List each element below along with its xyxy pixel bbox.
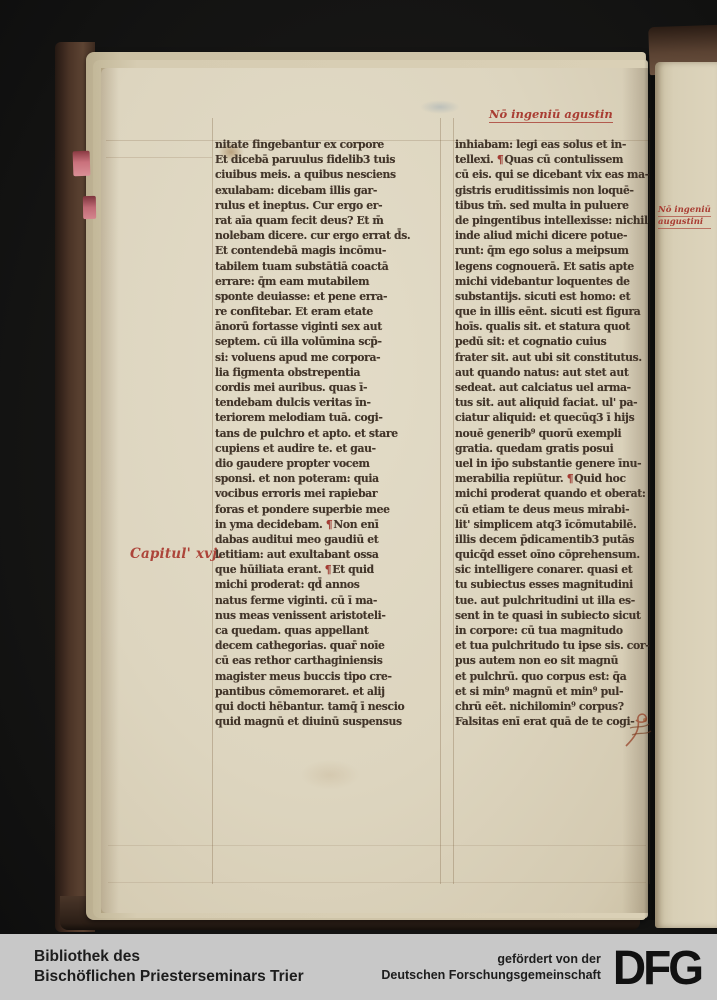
manuscript-text-line: tus sit. aut aliquid faciat. ul' pa- <box>455 395 651 410</box>
manuscript-text-line: lia figmenta obstrepentia <box>215 365 445 380</box>
manuscript-text-line: quid magnū et diuinū suspensus <box>215 714 445 729</box>
manuscript-text-line: cū etiam te deus meus mirabi- <box>455 502 651 517</box>
library-name-line-2: Bischöflichen Priesterseminars Trier <box>34 967 304 987</box>
text-column-right: inhiabam: legi eas solus et in-tellexi. … <box>455 137 651 729</box>
manuscript-text-line: decem cathegorias. quar̄ noīe <box>215 638 445 653</box>
facing-rubric-line-1: Nō ingeniū <box>658 205 711 217</box>
manuscript-text-line: vocibus erroris mei rapiebar <box>215 486 445 501</box>
manuscript-text-line: tu subiectus esses magnitudini <box>455 577 651 592</box>
text-column-left: nitate fingebantur ex corporeEt dicebā p… <box>215 137 445 729</box>
manuscript-text-line: et tua pulchritudo tu ipse sis. cor- <box>455 638 651 653</box>
manuscript-text-line: si: voluens apud me corpora- <box>215 350 445 365</box>
library-banner: Bibliothek des Bischöflichen Priestersem… <box>0 934 717 1000</box>
manuscript-text-line: errare: q̄m eam mutabilem <box>215 274 445 289</box>
facing-page-edge <box>655 62 717 928</box>
manuscript-text-line: nolebam dicere. cur ergo errat d̄s. <box>215 228 445 243</box>
manuscript-text-line: nouē generib⁹ quorū exempli <box>455 426 651 441</box>
manuscript-text-line: frater sit. aut ubi sit constitutus. <box>455 350 651 365</box>
rubric-paragraph-mark: ¶ <box>497 153 505 166</box>
manuscript-text-line: nus meas venissent aristoteli- <box>215 608 445 623</box>
chapter-margin-note: Capitul' xvj. <box>130 546 222 562</box>
funding-credit-line-1: gefördert von der <box>381 951 601 967</box>
ruling-line-vertical-left <box>212 118 213 884</box>
manuscript-text-line: runt: q̄m ego solus a meipsum <box>455 243 651 258</box>
ruling-line-horizontal-bottom-1 <box>108 845 646 846</box>
library-name: Bibliothek des Bischöflichen Priestersem… <box>34 947 304 987</box>
running-header-rubric: Nō ingeniū agustin <box>489 107 613 123</box>
manuscript-text-line: que in illis eēnt. sicuti est figura <box>455 304 651 319</box>
manuscript-text-line: nitate fingebantur ex corpore <box>215 137 445 152</box>
manuscript-text-line: pedū sit: et cognatio cuius <box>455 334 651 349</box>
manuscript-text-line: aut quando natus: aut stet aut <box>455 365 651 380</box>
library-name-line-1: Bibliothek des <box>34 947 304 967</box>
manuscript-text-line: Et contendebā magis incōmu- <box>215 243 445 258</box>
manuscript-text-line: sedeat. aut calciatus uel arma- <box>455 380 651 395</box>
manuscript-text-line: exulabam: dicebam illis gar- <box>215 183 445 198</box>
manuscript-text-line: merabilia repiūtur. ¶Quid hoc <box>455 471 651 486</box>
funding-credit: gefördert von der Deutschen Forschungsge… <box>381 951 601 983</box>
manuscript-text-line: michi videbantur loquentes de <box>455 274 651 289</box>
manuscript-text-line: tans de pulchro et apto. et stare <box>215 426 445 441</box>
manuscript-text-line: tabilem tuam substātiā coactā <box>215 259 445 274</box>
bookmark-tab-upper <box>73 151 91 177</box>
manuscript-text-line: tibus tm̄. sed multa in puluere <box>455 198 651 213</box>
manuscript-text-line: cū eis. qui se dicebant vix eas ma- <box>455 167 651 182</box>
facing-rubric-line-2: augustini <box>658 217 711 229</box>
manuscript-text-line: sponsi. et non poteram: quia <box>215 471 445 486</box>
manuscript-text-line: septem. cū illa volūmina scp̄- <box>215 334 445 349</box>
manuscript-text-line: tue. aut pulchritudini ut illa es- <box>455 593 651 608</box>
manuscript-text-line: hoīs. qualis sit. et statura quot <box>455 319 651 334</box>
manuscript-text-line: tellexi. ¶Quas cū contulissem <box>455 152 651 167</box>
ruling-line-vertical-center-right <box>453 118 454 884</box>
manuscript-text-line: in corpore: cū tua magnitudo <box>455 623 651 638</box>
manuscript-text-line: sic intelligere conarer. quasi et <box>455 562 651 577</box>
rubric-paragraph-mark: ¶ <box>326 518 334 531</box>
manuscript-text-line: cordis mei auribus. quas ī- <box>215 380 445 395</box>
bookmark-tab-lower <box>83 196 96 219</box>
manuscript-scan-page: Nō ingeniū agustin Capitul' xvj. nitate … <box>0 0 717 1000</box>
manuscript-text-line: rulus et ineptus. Cur ergo er- <box>215 198 445 213</box>
rubric-paragraph-mark: ¶ <box>567 472 575 485</box>
manuscript-text-line: foras et pondere superbie mee <box>215 502 445 517</box>
funding-credit-line-2: Deutschen Forschungsgemeinschaft <box>381 967 601 983</box>
ruling-line-horizontal-bottom-2 <box>108 882 646 883</box>
manuscript-text-line: ānorū fortasse viginti sex aut <box>215 319 445 334</box>
manuscript-text-line: letitiam: aut exultabant ossa <box>215 547 445 562</box>
manuscript-text-line: sponte deuiasse: et pene erra- <box>215 289 445 304</box>
foxing-stain <box>300 760 360 790</box>
manuscript-text-line: ca quedam. quas appellant <box>215 623 445 638</box>
manuscript-text-line: inde aliud michi dicere potue- <box>455 228 651 243</box>
manuscript-text-line: de pingentibus intellexisse: nichil <box>455 213 651 228</box>
rubric-paragraph-mark: ¶ <box>325 563 333 576</box>
manuscript-text-line: et si min⁹ magnū et min⁹ pul- <box>455 684 651 699</box>
ruling-line-horizontal-margin <box>106 157 212 158</box>
manuscript-text-line: sent in te quasi in subiecto sicut <box>455 608 651 623</box>
manuscript-text-line: qui docti hēbantur. tamq̄ ī nescio <box>215 699 445 714</box>
manuscript-text-line: michi proderat quando et oberat: <box>455 486 651 501</box>
manuscript-text-line: magister meus buccis tipo cre- <box>215 669 445 684</box>
manuscript-text-line: et pulchrū. quo corpus est: q̄a <box>455 669 651 684</box>
manuscript-text-line: uel in ip̄o substantie genere īnu- <box>455 456 651 471</box>
manuscript-text-line: Et dicebā paruulus fidelib3 tuis <box>215 152 445 167</box>
manuscript-text-line: inhiabam: legi eas solus et in- <box>455 137 651 152</box>
manuscript-text-line: teriorem melodiam tuā. cogi- <box>215 410 445 425</box>
manuscript-text-line: dabas auditui meo gaudiū et <box>215 532 445 547</box>
manuscript-text-line: pantibus cōmemoraret. et alij <box>215 684 445 699</box>
manuscript-text-line: quicq̄d esset oīno cōprehensum. <box>455 547 651 562</box>
manuscript-text-line: re confitebar. Et eram etate <box>215 304 445 319</box>
manuscript-text-line: legens cognouerā. Et satis apte <box>455 259 651 274</box>
facing-page-margin-rubric: Nō ingeniū augustini <box>658 205 711 229</box>
manuscript-text-line: que hūiliata erant. ¶Et quid <box>215 562 445 577</box>
dfg-logo: DFG <box>613 943 701 991</box>
manuscript-text-line: ciuibus meis. a quibus nesciens <box>215 167 445 182</box>
manuscript-text-line: michi proderat: qd̄ annos <box>215 577 445 592</box>
manuscript-text-line: ciatur aliquid: et quecūq3 ī hijs <box>455 410 651 425</box>
manuscript-text-line: gistris eruditissimis non loquē- <box>455 183 651 198</box>
manuscript-text-line: gratia. quedam gratis posui <box>455 441 651 456</box>
manuscript-text-line: lit' simplicem atq3 īcōmutabilē. <box>455 517 651 532</box>
faded-smudge <box>420 100 460 114</box>
manuscript-text-line: cū eas rethor carthaginiensis <box>215 653 445 668</box>
manuscript-text-line: pus autem non eo sit magnū <box>455 653 651 668</box>
manuscript-text-line: illis decem p̄dicamentib3 putās <box>455 532 651 547</box>
manuscript-text-line: dio gaudere propter vocem <box>215 456 445 471</box>
manuscript-text-line: tendebam dulcis veritas īn- <box>215 395 445 410</box>
manuscript-text-line: substantijs. sicuti est homo: et <box>455 289 651 304</box>
manuscript-text-line: rat aīa quam fecit deus? Et m̄ <box>215 213 445 228</box>
manuscript-text-line: cupiens et audire te. et gau- <box>215 441 445 456</box>
manuscript-text-line: natus ferme viginti. cū ī ma- <box>215 593 445 608</box>
manuscript-text-line: in yma decidebam. ¶Non enī <box>215 517 445 532</box>
